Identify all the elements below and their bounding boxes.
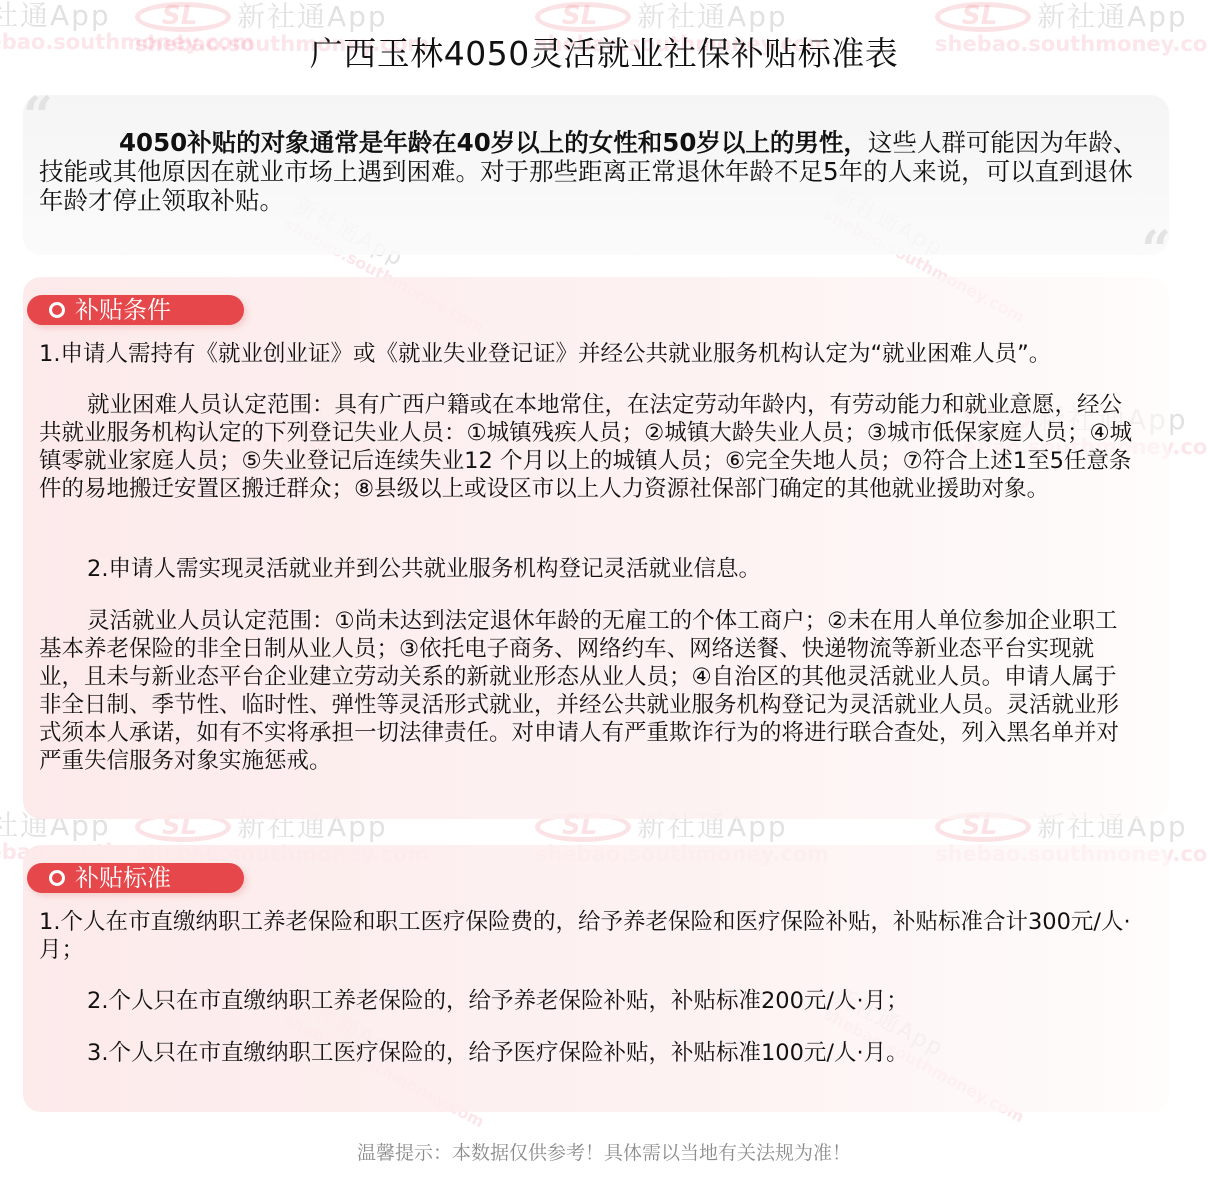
close-quote-icon: “ — [1141, 225, 1171, 277]
standard-paragraph: 3.个人只在市直缴纳职工医疗保险的，给予医疗保险补贴，补贴标准100元/人·月。 — [39, 1039, 1139, 1067]
section-badge-label: 补贴条件 — [75, 296, 171, 324]
section-subsidy-standards: 补贴标准 1.个人在市直缴纳职工养老保险和职工医疗保险费的，给予养老保险和医疗保… — [23, 845, 1169, 1112]
ring-icon — [49, 302, 65, 318]
intro-bold-text: 4050补贴的对象通常是年龄在40岁以上的女性和50岁以上的男性， — [119, 128, 868, 157]
standard-paragraph: 1.个人在市直缴纳职工养老保险和职工医疗保险费的，给予养老保险和医疗保险补贴，补… — [39, 908, 1139, 964]
condition-paragraph: 就业困难人员认定范围：具有广西户籍或在本地常住，在法定劳动年龄内，有劳动能力和就… — [39, 391, 1139, 503]
condition-paragraph: 1.申请人需持有《就业创业证》或《就业失业登记证》并经公共就业服务机构认定为“就… — [39, 340, 1139, 368]
footer-disclaimer: 温馨提示：本数据仅供参考！具体需以当地有关法规为准！ — [0, 1138, 1208, 1165]
page: 新社通App shebao.southmoney.com 新社通App sheb… — [0, 0, 1208, 1198]
section-badge-label: 补贴标准 — [75, 864, 171, 892]
section-subsidy-conditions: 补贴条件 1.申请人需持有《就业创业证》或《就业失业登记证》并经公共就业服务机构… — [23, 277, 1169, 819]
section-badge: 补贴条件 — [27, 295, 244, 325]
page-title: 广西玉林4050灵活就业社保补贴标准表 — [0, 28, 1208, 75]
section-badge: 补贴标准 — [27, 863, 244, 893]
intro-text: 4050补贴的对象通常是年龄在40岁以上的女性和50岁以上的男性，这些人群可能因… — [39, 128, 1151, 215]
condition-paragraph: 2.申请人需实现灵活就业并到公共就业服务机构登记灵活就业信息。 — [39, 555, 1139, 583]
intro-quote-box: “ 4050补贴的对象通常是年龄在40岁以上的女性和50岁以上的男性，这些人群可… — [23, 95, 1169, 255]
condition-paragraph: 灵活就业人员认定范围：①尚未达到法定退休年龄的无雇工的个体工商户；②未在用人单位… — [39, 607, 1139, 775]
standard-paragraph: 2.个人只在市直缴纳职工养老保险的，给予养老保险补贴，补贴标准200元/人·月； — [39, 987, 1139, 1015]
ring-icon — [49, 870, 65, 886]
